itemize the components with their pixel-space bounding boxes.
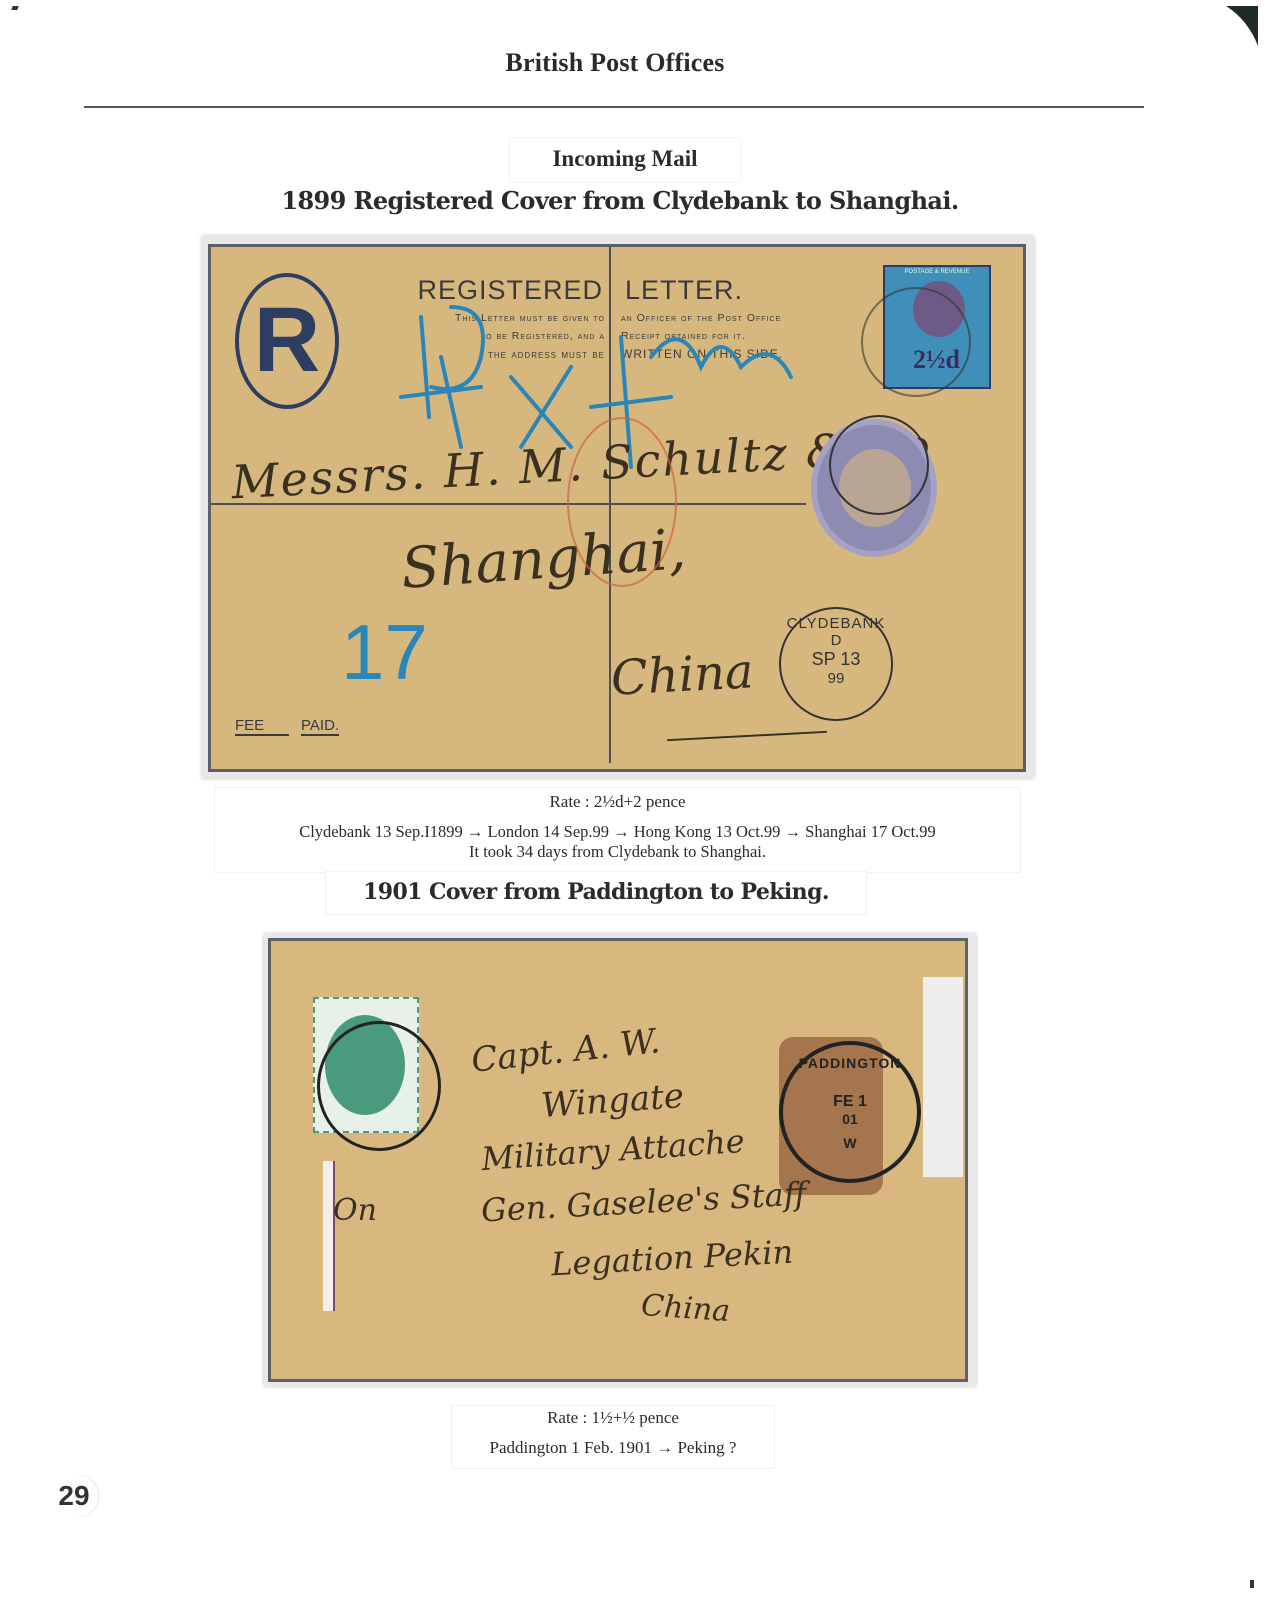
postmark-date: FE 1: [783, 1093, 917, 1111]
registered-envelope: R REGISTERED LETTER. This Letter must be…: [208, 244, 1026, 772]
exhibit-heading-1: 1899 Registered Cover from Clydebank to …: [250, 186, 990, 215]
address-line-2: Wingate: [540, 1076, 685, 1126]
clydebank-postmark-sp13: CLYDEBANK D SP 13 99: [779, 607, 893, 721]
registered-r-oval-icon: R: [235, 273, 339, 409]
exhibit-caption-1: Rate : 2½d+2 pence Clydebank 13 Sep.I189…: [215, 788, 1020, 872]
clydebank-postmark: [861, 287, 971, 397]
address-line-1: Capt. A. W.: [469, 1021, 661, 1081]
rate-text: Rate : 2½d+2 pence: [215, 792, 1020, 812]
paddington-postmark-fe1: PADDINGTON FE 1 01 W: [779, 1041, 921, 1183]
address-line-4: Gen. Gaselee's Staff: [480, 1175, 807, 1230]
page-title: British Post Offices: [0, 48, 1230, 78]
scan-corner-mark: [11, 6, 18, 10]
address-underline: [667, 731, 827, 741]
scan-corner-mark: [1250, 1580, 1254, 1588]
address-line-3: Military Attache: [480, 1122, 746, 1178]
transit-note: It took 34 days from Clydebank to Shangh…: [215, 842, 1020, 862]
stamp-label: POSTAGE & REVENUE: [889, 269, 985, 275]
section-title: Incoming Mail: [510, 138, 740, 182]
postmark-letter: D: [781, 632, 891, 649]
postmark-code: W: [783, 1135, 917, 1151]
fee-label: FEE: [235, 717, 289, 736]
postmark-year: 99: [781, 670, 891, 687]
paid-label: PAID.: [301, 717, 339, 736]
clydebank-postmark: [829, 415, 929, 515]
address-line-6: China: [640, 1288, 731, 1329]
registered-r-letter: R: [239, 285, 335, 395]
address-line-5: Legation Pekin: [550, 1233, 794, 1284]
postmark-town: PADDINGTON: [783, 1055, 917, 1071]
exhibit-caption-2: Rate : 1½+½ pence Paddington 1 Feb. 1901…: [452, 1406, 774, 1468]
london-postmark-red: [567, 417, 677, 587]
postmark-year: 01: [783, 1111, 917, 1127]
envelope-label-strip: [923, 977, 963, 1177]
route-text: Clydebank 13 Sep.I1899 → London 14 Sep.9…: [215, 822, 1020, 842]
envelope-edge-strip: [323, 1161, 335, 1311]
route-text: Paddington 1 Feb. 1901 → Peking ?: [452, 1438, 774, 1458]
header-rule: [84, 106, 1144, 108]
exhibit-heading-2: 1901 Cover from Paddington to Peking.: [326, 872, 866, 914]
rate-text: Rate : 1½+½ pence: [452, 1408, 774, 1428]
scan-corner-mark: [1226, 6, 1260, 46]
paddington-envelope: PADDINGTON FE 1 01 W Capt. A. W. Wingate…: [268, 938, 968, 1382]
postmark-date: SP 13: [781, 649, 891, 670]
postmark-town: CLYDEBANK: [781, 615, 891, 632]
address-line-3: China: [610, 643, 755, 706]
side-note: On: [333, 1193, 377, 1228]
page-number: 29: [50, 1474, 98, 1518]
paddington-postmark: [317, 1021, 441, 1151]
blue-crayon-number: 17: [341, 607, 428, 698]
